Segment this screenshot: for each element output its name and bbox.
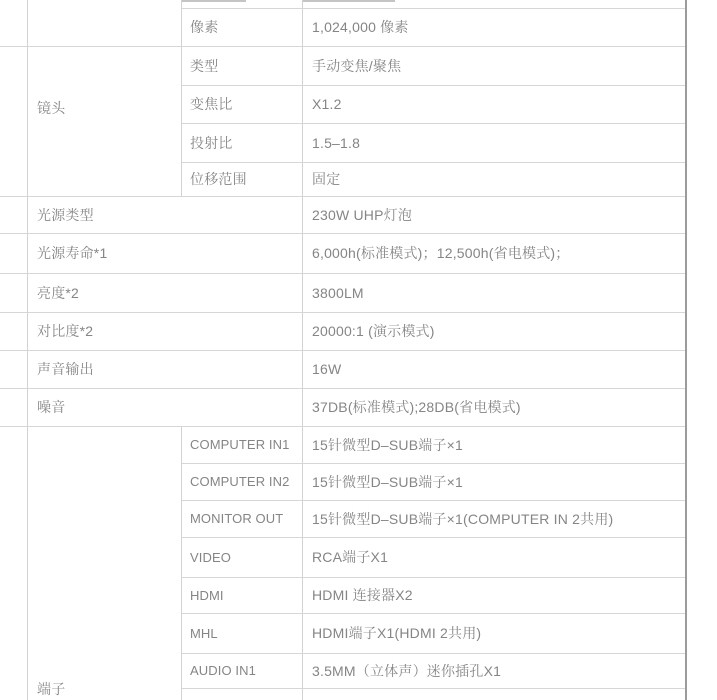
spec-row-value: 手动变焦/聚焦 (312, 46, 401, 85)
spec-row-value: 15针微型D–SUB端子×1(COMPUTER IN 2共用) (312, 500, 613, 537)
spec-row-label: 类型 (190, 46, 218, 85)
spec-row-label: COMPUTER IN2 (190, 463, 289, 500)
clipped-text-artifact (303, 0, 395, 2)
table-border-subrow (181, 688, 685, 689)
table-border-subrow (181, 85, 685, 86)
spec-row-value: 6,000h(标准模式)；12,500h(省电模式)； (312, 233, 569, 273)
table-border-row (0, 350, 685, 351)
spec-row-value: 230W UHP灯泡 (312, 196, 412, 233)
spec-row-value: 15针微型D–SUB端子×1 (312, 463, 463, 500)
spec-row-value: 固定 (312, 162, 340, 196)
spec-row-label: 光源寿命*1 (37, 233, 107, 273)
spec-row-label: VIDEO (190, 537, 231, 577)
spec-category-label: 端子 (37, 680, 65, 698)
table-border-subrow (181, 123, 685, 124)
clipped-text-artifact (182, 0, 246, 2)
spec-row-label: 变焦比 (190, 85, 233, 123)
table-border-col1-bottom (181, 426, 182, 700)
spec-row-label: 声音输出 (37, 350, 94, 388)
spec-row-value: X1.2 (312, 85, 342, 123)
spec-row-value: 15针微型D–SUB端子×1 (312, 426, 463, 463)
spec-row-label: MONITOR OUT (190, 500, 283, 537)
spec-row-label: COMPUTER IN1 (190, 426, 289, 463)
spec-row-label: AUDIO IN1 (190, 653, 256, 688)
table-border-subrow (181, 577, 685, 578)
spec-row-value: 16W (312, 350, 341, 388)
spec-row-value: 37DB(标准模式);28DB(省电模式) (312, 388, 521, 426)
spec-table: 镜头 端子 像素 1,024,000 像素 类型 手动变焦/聚焦 变焦比 X1.… (0, 0, 717, 700)
table-border-col1-top (181, 0, 182, 196)
spec-row-value: HDMI端子X1(HDMI 2共用) (312, 613, 481, 653)
spec-row-label: 噪音 (37, 388, 65, 426)
page-divider-line (685, 0, 687, 700)
table-border-subrow (181, 8, 685, 9)
spec-row-value: 3.5MM（立体声）迷你插孔X1 (312, 653, 501, 688)
spec-row-label: 对比度*2 (37, 312, 93, 350)
spec-row-label: 位移范围 (190, 162, 247, 196)
spec-row-label: HDMI (190, 577, 224, 613)
table-border-subrow (181, 537, 685, 538)
spec-category-label: 镜头 (37, 99, 65, 117)
spec-row-value: 1.5–1.8 (312, 123, 360, 162)
spec-row-label: 像素 (190, 8, 218, 46)
spec-row-label: 亮度*2 (37, 273, 79, 312)
spec-row-label: MHL (190, 613, 218, 653)
spec-row-label: 投射比 (190, 123, 233, 162)
table-border-subrow (181, 162, 685, 163)
spec-row-value: 3800LM (312, 273, 364, 312)
spec-row-value: RCA端子X1 (312, 537, 388, 577)
spec-row-value: 1,024,000 像素 (312, 8, 409, 46)
spec-row-label: 光源类型 (37, 196, 94, 233)
spec-row-value: 20000:1 (演示模式) (312, 312, 435, 350)
spec-row-value: HDMI 连接器X2 (312, 577, 413, 613)
